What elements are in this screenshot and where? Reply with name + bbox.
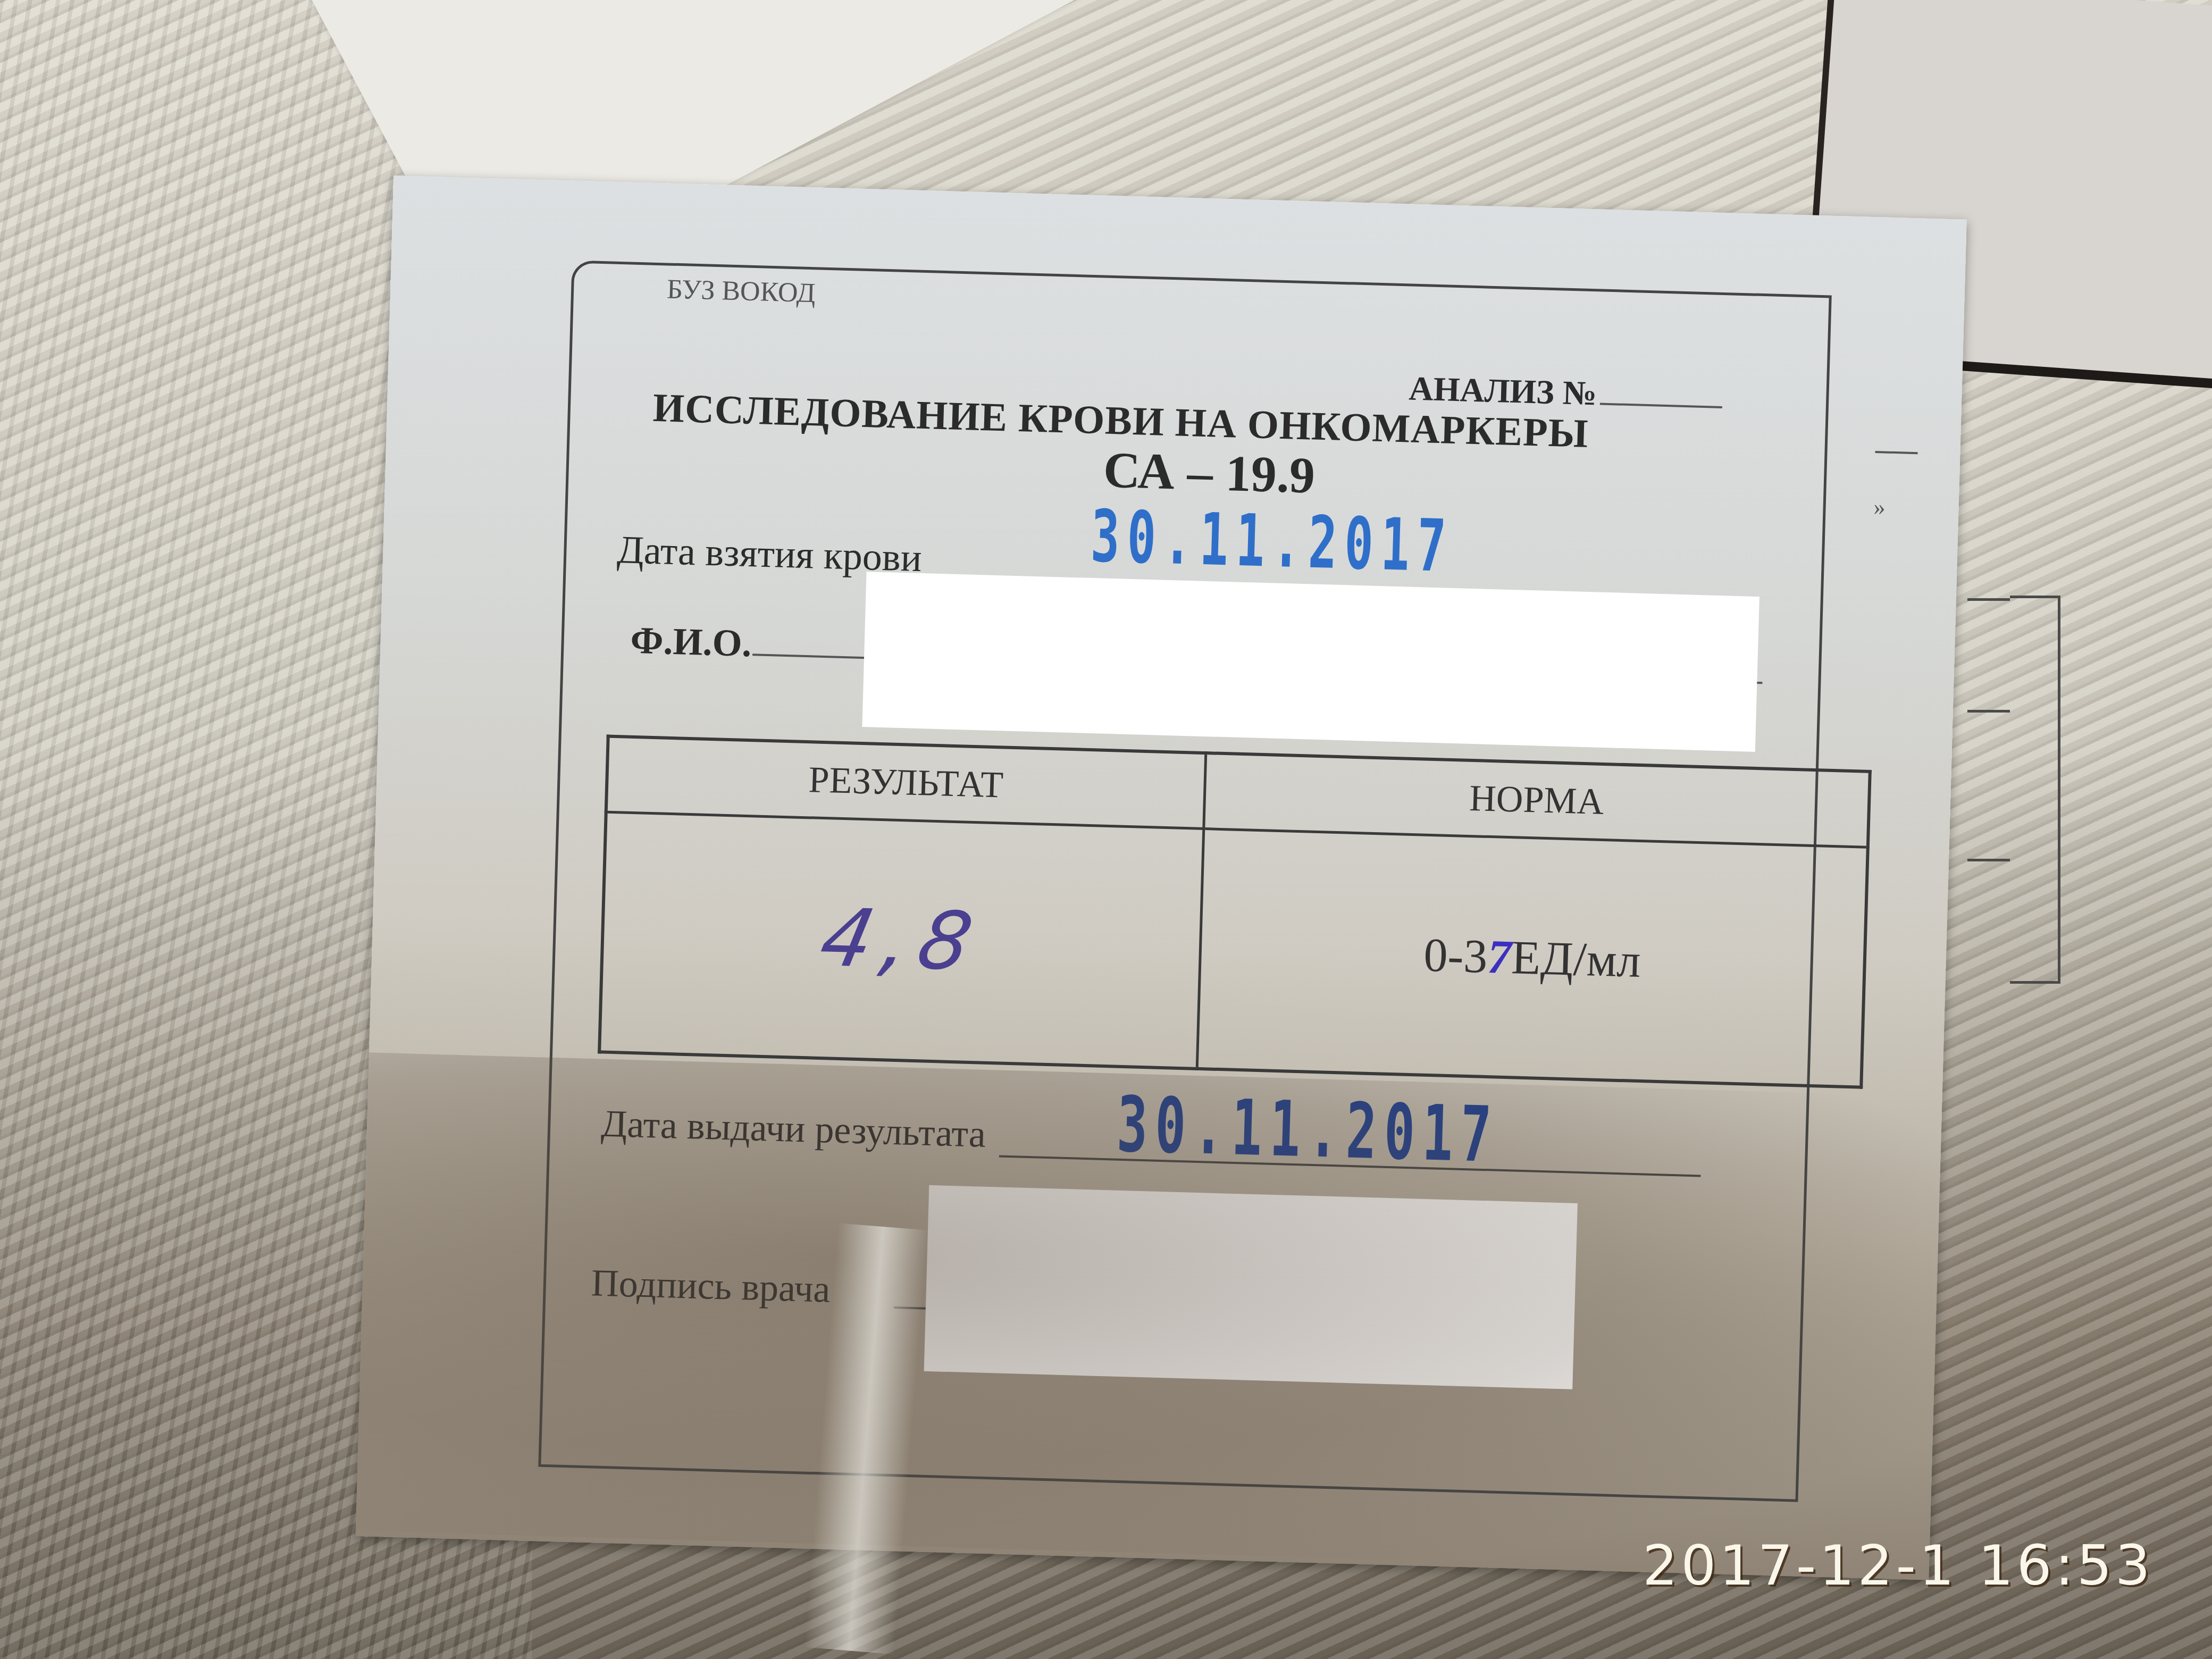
bracket-tick — [1967, 859, 2010, 861]
analysis-number-blank — [1600, 403, 1722, 408]
handwritten-result-value: 4,8 — [813, 892, 991, 988]
norm-prefix: 0-3 — [1423, 928, 1488, 983]
bracket-tick — [1967, 710, 2010, 713]
hand-shadow — [356, 1052, 1942, 1574]
underlying-form-bracket — [2010, 596, 2060, 984]
norm-cell: 0-37ЕД/мл — [1197, 829, 1868, 1087]
table-row: 4,8 0-37ЕД/мл — [599, 812, 1868, 1087]
adjacent-form-edge: » — [1841, 429, 1961, 910]
norm-range: 0-37ЕД/мл — [1423, 928, 1641, 987]
redaction-box-patient-name — [862, 572, 1759, 752]
lab-result-form: БУЗ ВОКОД АНАЛИЗ № ИССЛЕДОВАНИЕ КРОВИ НА… — [356, 175, 1967, 1580]
results-table: РЕЗУЛЬТАТ НОРМА 4,8 0-37ЕД/мл — [598, 735, 1872, 1089]
blood-sample-date-stamp: 30.11.2017 — [1090, 495, 1454, 589]
edge-quote-mark: » — [1873, 493, 1886, 521]
bracket-tick — [1967, 598, 2010, 601]
marker-name: СА – 19.9 — [1103, 440, 1316, 505]
edge-tick — [1875, 451, 1918, 454]
patient-name-label: Ф.И.О. — [630, 618, 752, 666]
handwritten-correction: 7 — [1487, 931, 1512, 984]
norm-unit: ЕД/мл — [1511, 931, 1641, 987]
result-cell: 4,8 — [599, 812, 1203, 1069]
analysis-number-label: АНАЛИЗ № — [1409, 369, 1598, 412]
photo-timestamp: 2017-12-1 16:53 — [1643, 1533, 2154, 1598]
organization-name: БУЗ ВОКОД — [666, 273, 816, 309]
